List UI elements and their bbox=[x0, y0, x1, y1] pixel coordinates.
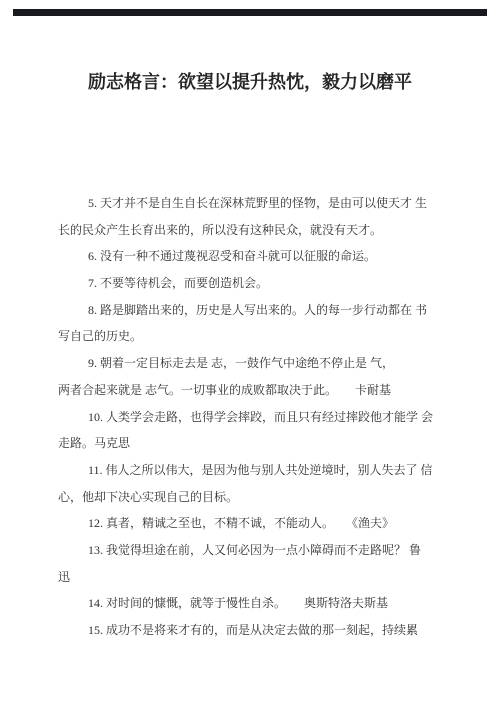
quote-line: 心，他却下决心实现自己的目标。 bbox=[58, 484, 443, 511]
quote-line: 写自己的历史。 bbox=[58, 323, 443, 350]
quote-line: 两者合起来就是 志气。一切事业的成败都取决于此。 卡耐基 bbox=[58, 377, 443, 404]
quote-line: 7. 不要等待机会，而要创造机会。 bbox=[58, 270, 443, 297]
quote-line: 8. 路是脚踏出来的，历史是人写出来的。人的每一步行动都在 书 bbox=[58, 297, 443, 324]
top-border-bar bbox=[13, 9, 487, 16]
quote-line: 5. 天才并不是自生自长在深林荒野里的怪物，是由可以使天才 生 bbox=[58, 190, 443, 217]
quote-list: 5. 天才并不是自生自长在深林荒野里的怪物，是由可以使天才 生 长的民众产生长育… bbox=[58, 190, 443, 644]
quote-line: 迅 bbox=[58, 564, 443, 591]
quote-line: 走路。马克思 bbox=[58, 430, 443, 457]
document-page: 励志格言：欲望以提升热忱，毅力以磨平 5. 天才并不是自生自长在深林荒野里的怪物… bbox=[0, 0, 500, 708]
quote-line: 15. 成功不是将来才有的，而是从决定去做的那一刻起，持续累 bbox=[58, 617, 443, 644]
quote-line: 长的民众产生长育出来的，所以没有这种民众，就没有天才。 bbox=[58, 217, 443, 244]
quote-line: 11. 伟人之所以伟大，是因为他与别人共处逆境时，别人失去了 信 bbox=[58, 457, 443, 484]
quote-line: 10. 人类学会走路，也得学会摔跤，而且只有经过摔跤他才能学 会 bbox=[58, 404, 443, 431]
quote-line: 6. 没有一种不通过蔑视忍受和奋斗就可以征服的命运。 bbox=[58, 243, 443, 270]
page-title: 励志格言：欲望以提升热忱，毅力以磨平 bbox=[0, 71, 500, 93]
quote-line: 13. 我觉得坦途在前，人又何必因为一点小障碍而不走路呢？ 鲁 bbox=[58, 537, 443, 564]
quote-line: 9. 朝着一定目标走去是 志，一鼓作气中途绝不停止是 气， bbox=[58, 350, 443, 377]
quote-line: 12. 真者，精诚之至也，不精不诚，不能动人。 《渔夫》 bbox=[58, 510, 443, 537]
quote-line: 14. 对时间的慷慨，就等于慢性自杀。 奥斯特洛夫斯基 bbox=[58, 590, 443, 617]
